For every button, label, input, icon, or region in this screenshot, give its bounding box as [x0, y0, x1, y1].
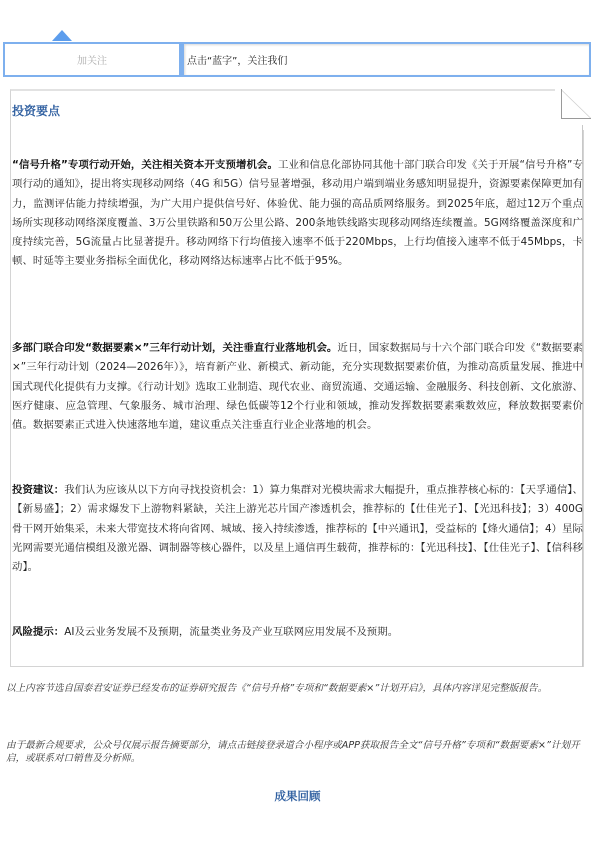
section-body: 我们认为应该从以下方向寻找投资机会：1）算力集群对光模块需求大幅提升，重点推荐核…: [12, 484, 583, 573]
section-heading: “信号升格”专项行动开始，关注相关资本开支预增机会。: [12, 159, 278, 171]
page-fold-icon: [561, 89, 591, 119]
follow-prompt: 点击“蓝字”，关注我们: [181, 42, 591, 77]
follow-button-label: 加关注: [77, 52, 107, 67]
compliance-note: 由于最新合规要求，公众号仅展示报告摘要部分，请点击链接登录道合小程序或APP获取…: [6, 739, 584, 765]
follow-arrow-icon: [52, 30, 72, 41]
section-heading: 风险提示：: [12, 626, 64, 638]
section-heading: 投资建议：: [12, 484, 64, 496]
section-data-elements: 多部门联合印发“数据要素×”三年行动计划，关注垂直行业落地机会。近日，国家数据局…: [12, 339, 583, 435]
review-link[interactable]: 成果回顾: [0, 788, 595, 804]
section-investment-advice: 投资建议：我们认为应该从以下方向寻找投资机会：1）算力集群对光模块需求大幅提升，…: [12, 481, 583, 577]
source-note: 以上内容节选自国泰君安证券已经发布的证券研究报告《“信号升格”专项和“数据要素×…: [6, 682, 584, 695]
card-title: 投资要点: [12, 102, 60, 119]
section-signal-upgrade: “信号升格”专项行动开始，关注相关资本开支预增机会。工业和信息化部协同其他十部门…: [12, 156, 583, 272]
section-risk-warning: 风险提示：AI及云业务发展不及预期，流量类业务及产业互联网应用发展不及预期。: [12, 623, 583, 642]
follow-button[interactable]: 加关注: [3, 42, 181, 77]
follow-prompt-text: 点击“蓝字”，关注我们: [187, 52, 287, 67]
section-body: AI及云业务发展不及预期，流量类业务及产业互联网应用发展不及预期。: [64, 626, 398, 638]
section-heading: 多部门联合印发“数据要素×”三年行动计划，关注垂直行业落地机会。: [12, 342, 337, 354]
section-body: 近日，国家数据局与十六个部门联合印发《“数据要素×”三年行动计划（2024—20…: [12, 342, 583, 431]
follow-bar: 加关注 点击“蓝字”，关注我们: [3, 42, 591, 77]
section-body: 工业和信息化部协同其他十部门联合印发《关于开展“信号升格”专项行动的通知》，提出…: [12, 159, 583, 267]
